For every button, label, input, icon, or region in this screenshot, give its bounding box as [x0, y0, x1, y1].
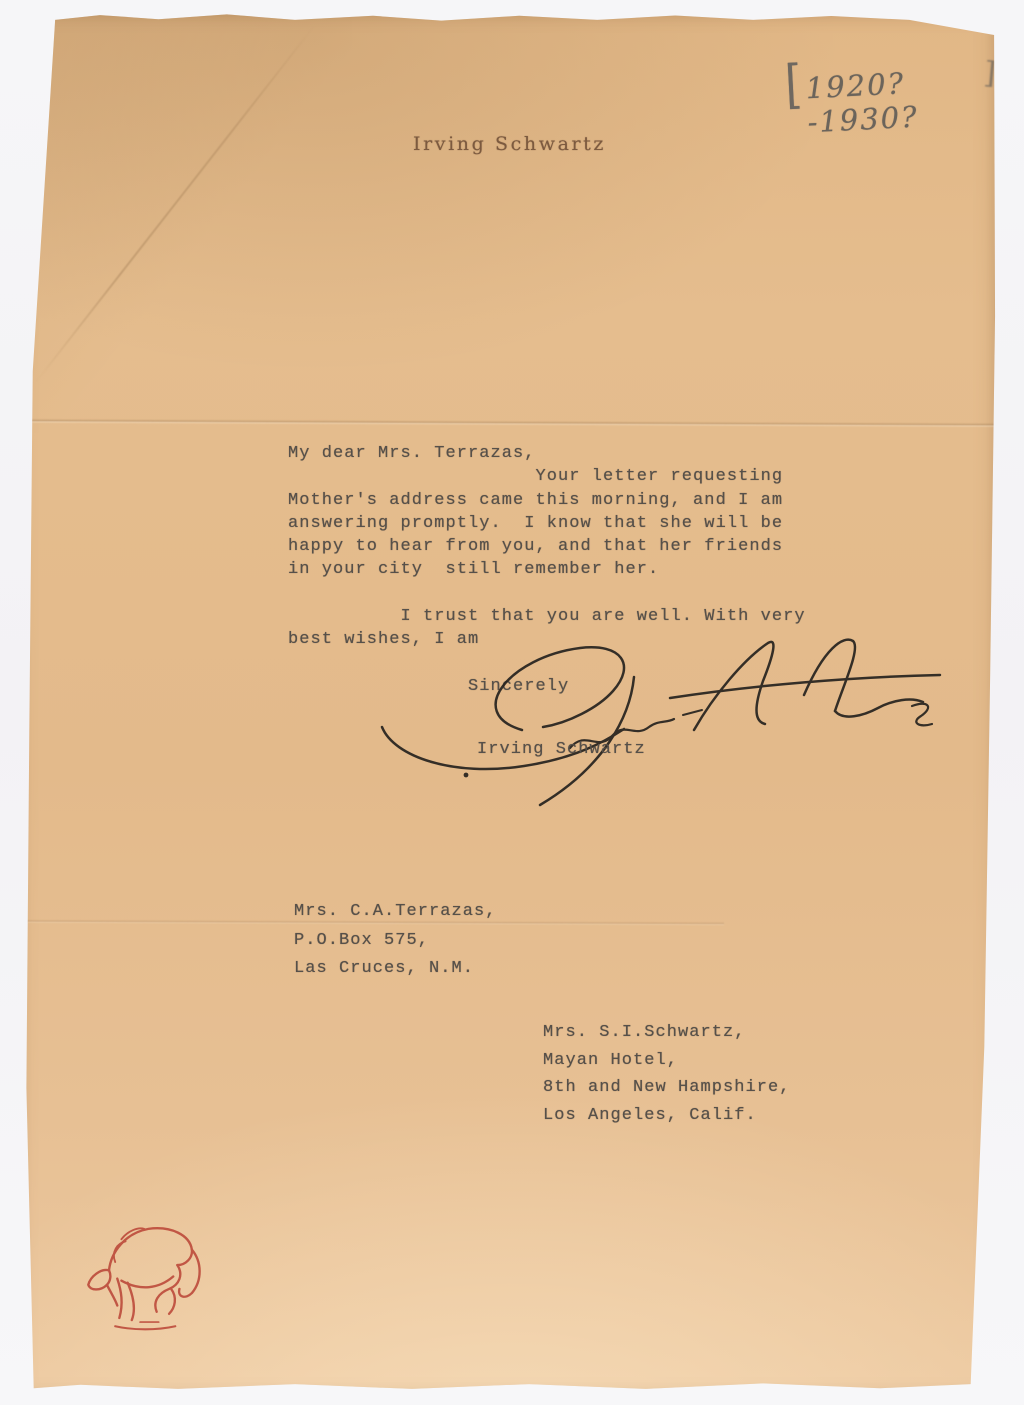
mailing-address-block: Mrs. S.I.Schwartz, Mayan Hotel, 8th and …: [543, 1019, 791, 1130]
letter-paper: Irving Schwartz [ 1920?-1930? ] My dear …: [22, 13, 997, 1391]
recipient-address-block: Mrs. C.A.Terrazas, P.O.Box 575, Las Cruc…: [294, 898, 497, 984]
annotation-close-bracket: ]: [983, 55, 998, 91]
bucking-horse-stamp-icon: [80, 1216, 225, 1336]
signature-ink-icon: [372, 635, 957, 830]
typed-signature-name: Irving Schwartz: [477, 738, 646, 761]
fold-shading-top-left: [22, 13, 352, 433]
red-stamp: [80, 1216, 225, 1336]
handwritten-signature: [372, 635, 957, 830]
annotation-open-bracket: [: [784, 62, 803, 110]
pencil-date-annotation: [ 1920?-1930? ]: [782, 51, 999, 140]
annotation-dates: 1920?-1930?: [805, 62, 987, 139]
